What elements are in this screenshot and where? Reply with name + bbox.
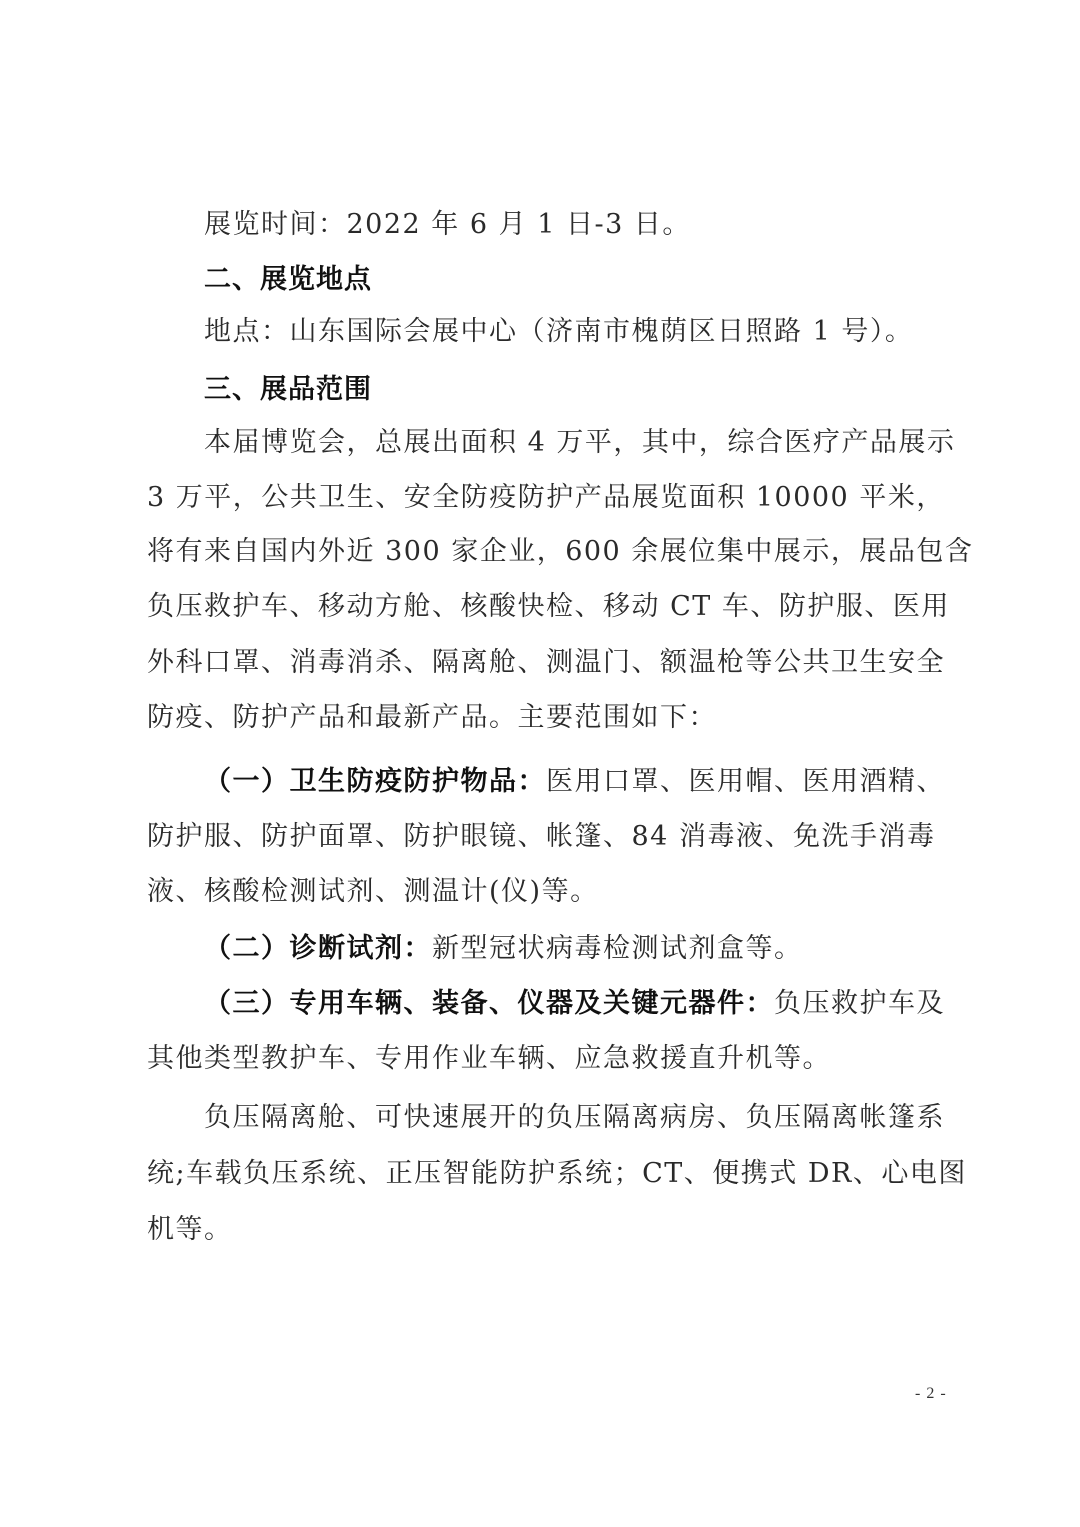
paragraph-line: 负压隔离舱、可快速展开的负压隔离病房、负压隔离帐篷系: [204, 1101, 1004, 1135]
item2-category-label: （二）诊断试剂：: [204, 933, 432, 964]
item1-text: 医用口罩、医用帽、医用酒精、: [546, 766, 945, 797]
section-heading-exhibits: 三、展品范围: [204, 373, 1004, 407]
item1-category-label: （一）卫生防疫防护物品：: [204, 766, 546, 797]
intro-line: 防疫、防护产品和最新产品。主要范围如下：: [147, 701, 947, 735]
exhibition-time: 展览时间：2022 年 6 月 1 日-3 日。: [204, 208, 1004, 242]
intro-line: 本届博览会，总展出面积 4 万平，其中，综合医疗产品展示: [204, 426, 1004, 460]
page-number: - 2 -: [915, 1385, 947, 1403]
paragraph-line: 机等。: [147, 1213, 947, 1247]
item2-text: 新型冠状病毒检测试剂盒等。: [432, 933, 803, 964]
item1-line1: （一）卫生防疫防护物品：医用口罩、医用帽、医用酒精、: [204, 765, 1004, 799]
item3-category-label: （三）专用车辆、装备、仪器及关键元器件：: [204, 988, 774, 1019]
intro-line: 将有来自国内外近 300 家企业，600 余展位集中展示，展品包含: [147, 535, 947, 569]
document-page: 展览时间：2022 年 6 月 1 日-3 日。 二、展览地点 地点：山东国际会…: [0, 0, 1080, 1527]
location-text: 地点：山东国际会展中心（济南市槐荫区日照路 1 号）。: [204, 315, 1004, 349]
intro-line: 负压救护车、移动方舱、核酸快检、移动 CT 车、防护服、医用: [147, 590, 947, 624]
item3-line2: 其他类型教护车、专用作业车辆、应急救援直升机等。: [147, 1042, 947, 1076]
intro-line: 3 万平，公共卫生、安全防疫防护产品展览面积 10000 平米，: [147, 481, 947, 515]
paragraph-line: 统;车载负压系统、正压智能防护系统；CT、便携式 DR、心电图: [147, 1157, 947, 1191]
item1-line2: 防护服、防护面罩、防护眼镜、帐篷、84 消毒液、免洗手消毒: [147, 820, 947, 854]
item1-line3: 液、核酸检测试剂、测温计(仪)等。: [147, 875, 947, 909]
item3-text: 负压救护车及: [774, 988, 945, 1019]
item3-line1: （三）专用车辆、装备、仪器及关键元器件：负压救护车及: [204, 987, 1004, 1021]
item2-line: （二）诊断试剂：新型冠状病毒检测试剂盒等。: [204, 932, 1004, 966]
intro-line: 外科口罩、消毒消杀、隔离舱、测温门、额温枪等公共卫生安全: [147, 646, 947, 680]
section-heading-location: 二、展览地点: [204, 263, 1004, 297]
